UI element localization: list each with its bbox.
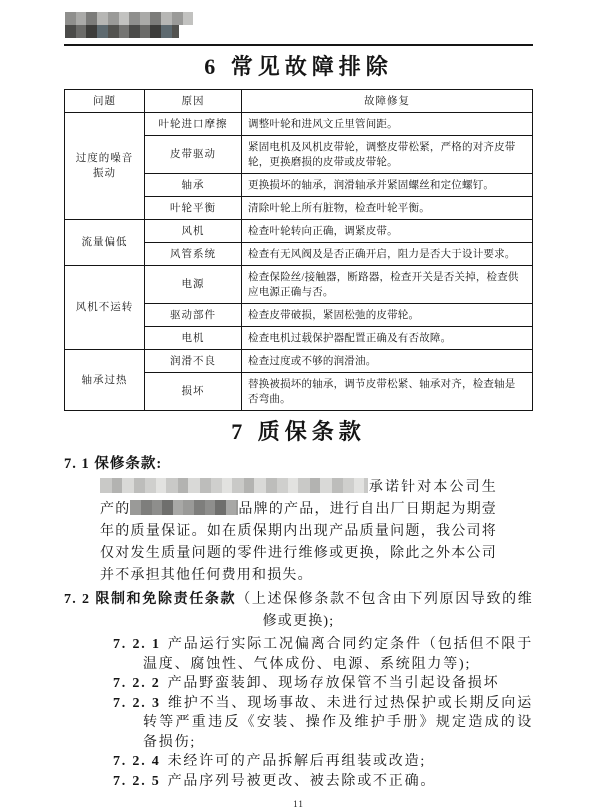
- list-item: 7. 2. 5产品序列号被更改、被去除或不正确。: [113, 772, 533, 792]
- item-number: 7. 2. 1: [113, 637, 161, 652]
- limitation-list: 7. 2. 1产品运行实际工况偏离合同约定条件（包括但不限于温度、腐蚀性、气体成…: [113, 635, 533, 791]
- cause-cell: 风管系统: [145, 243, 242, 266]
- manual-page: 6 常见故障排除 问题 原因 故障修复 过度的噪音振动 叶轮进口摩擦 调整叶轮和…: [0, 0, 595, 807]
- redacted-brand-name: [130, 500, 238, 515]
- fix-cell: 更换损坏的轴承，润滑轴承并紧固螺丝和定位螺钉。: [242, 174, 533, 197]
- table-row: 流量偏低 风机 检查叶轮转向正确，调紧皮带。: [65, 220, 533, 243]
- logo-pixelated-row-bottom: [65, 25, 179, 38]
- item-text: 未经许可的产品拆解后再组装或改造;: [168, 754, 427, 769]
- header-rule: [64, 44, 533, 46]
- fix-cell: 检查过度或不够的润滑油。: [242, 350, 533, 373]
- list-item: 7. 2. 4未经许可的产品拆解后再组装或改造;: [113, 752, 533, 772]
- item-text: 产品序列号被更改、被去除或不正确。: [168, 774, 437, 789]
- company-logo-redacted: [65, 12, 533, 38]
- item-number: 7. 2. 4: [113, 754, 161, 769]
- column-header-problem: 问题: [65, 90, 145, 113]
- problem-cell: 流量偏低: [65, 220, 145, 266]
- page-number: 11: [64, 799, 533, 807]
- fix-cell: 检查保险丝/接触器，断路器，检查开关是否关掉，检查供应电源正确与否。: [242, 266, 533, 304]
- redacted-company-name: [100, 478, 368, 493]
- list-item: 7. 2. 2产品野蛮装卸、现场存放保管不当引起设备损坏: [113, 674, 533, 694]
- cause-cell: 电机: [145, 327, 242, 350]
- table-row: 风机不运转 电源 检查保险丝/接触器，断路器，检查开关是否关掉，检查供应电源正确…: [65, 266, 533, 304]
- heading-7-1: 7. 1 保修条款:: [64, 454, 533, 474]
- cause-cell: 皮带驱动: [145, 136, 242, 174]
- heading-7-2-rest: （上述保修条款不包含由下列原因导致的维修或更换);: [236, 592, 533, 629]
- warranty-paragraph: 承诺针对本公司生产的品牌的产品，进行自出厂日期起为期壹年的质量保证。如在质保期内…: [100, 477, 497, 587]
- fix-cell: 紧固电机及风机皮带轮，调整皮带松紧，严格的对齐皮带轮，更换磨损的皮带或皮带轮。: [242, 136, 533, 174]
- heading-7-2-bold: 7. 2 限制和免除责任条款: [64, 592, 236, 607]
- fix-cell: 检查电机过载保护器配置正确及有否故障。: [242, 327, 533, 350]
- problem-cell: 风机不运转: [65, 266, 145, 350]
- column-header-cause: 原因: [145, 90, 242, 113]
- fix-cell: 检查有无风阀及是否正确开启，阻力是否大于设计要求。: [242, 243, 533, 266]
- list-item: 7. 2. 3维护不当、现场事故、未进行过热保护或长期反向运转等严重违反《安装、…: [113, 694, 533, 753]
- troubleshooting-table: 问题 原因 故障修复 过度的噪音振动 叶轮进口摩擦 调整叶轮和进风文丘里管间距。…: [64, 89, 533, 411]
- problem-cell: 轴承过热: [65, 350, 145, 411]
- fix-cell: 检查皮带破损，紧固松弛的皮带轮。: [242, 304, 533, 327]
- heading-7-2: 7. 2 限制和免除责任条款（上述保修条款不包含由下列原因导致的维修或更换);: [64, 589, 533, 633]
- cause-cell: 叶轮进口摩擦: [145, 113, 242, 136]
- section-6-title: 6 常见故障排除: [64, 53, 533, 81]
- cause-cell: 电源: [145, 266, 242, 304]
- fix-cell: 检查叶轮转向正确，调紧皮带。: [242, 220, 533, 243]
- item-number: 7. 2. 3: [113, 696, 161, 711]
- item-text: 维护不当、现场事故、未进行过热保护或长期反向运转等严重违反《安装、操作及维护手册…: [143, 696, 533, 750]
- cause-cell: 润滑不良: [145, 350, 242, 373]
- table-row: 过度的噪音振动 叶轮进口摩擦 调整叶轮和进风文丘里管间距。: [65, 113, 533, 136]
- cause-cell: 叶轮平衡: [145, 197, 242, 220]
- item-number: 7. 2. 5: [113, 774, 161, 789]
- cause-cell: 轴承: [145, 174, 242, 197]
- column-header-fix: 故障修复: [242, 90, 533, 113]
- list-item: 7. 2. 1产品运行实际工况偏离合同约定条件（包括但不限于温度、腐蚀性、气体成…: [113, 635, 533, 674]
- cause-cell: 损坏: [145, 373, 242, 411]
- table-header-row: 问题 原因 故障修复: [65, 90, 533, 113]
- cause-cell: 风机: [145, 220, 242, 243]
- cause-cell: 驱动部件: [145, 304, 242, 327]
- item-text: 产品运行实际工况偏离合同约定条件（包括但不限于温度、腐蚀性、气体成份、电源、系统…: [143, 637, 533, 672]
- problem-cell: 过度的噪音振动: [65, 113, 145, 220]
- item-text: 产品野蛮装卸、现场存放保管不当引起设备损坏: [168, 676, 500, 691]
- table-row: 轴承过热 润滑不良 检查过度或不够的润滑油。: [65, 350, 533, 373]
- item-number: 7. 2. 2: [113, 676, 161, 691]
- section-7-title: 7 质保条款: [64, 418, 533, 446]
- logo-pixelated-row-top: [65, 12, 193, 25]
- fix-cell: 清除叶轮上所有脏物，检查叶轮平衡。: [242, 197, 533, 220]
- fix-cell: 调整叶轮和进风文丘里管间距。: [242, 113, 533, 136]
- fix-cell: 替换被损坏的轴承，调节皮带松紧、轴承对齐，检查轴是否弯曲。: [242, 373, 533, 411]
